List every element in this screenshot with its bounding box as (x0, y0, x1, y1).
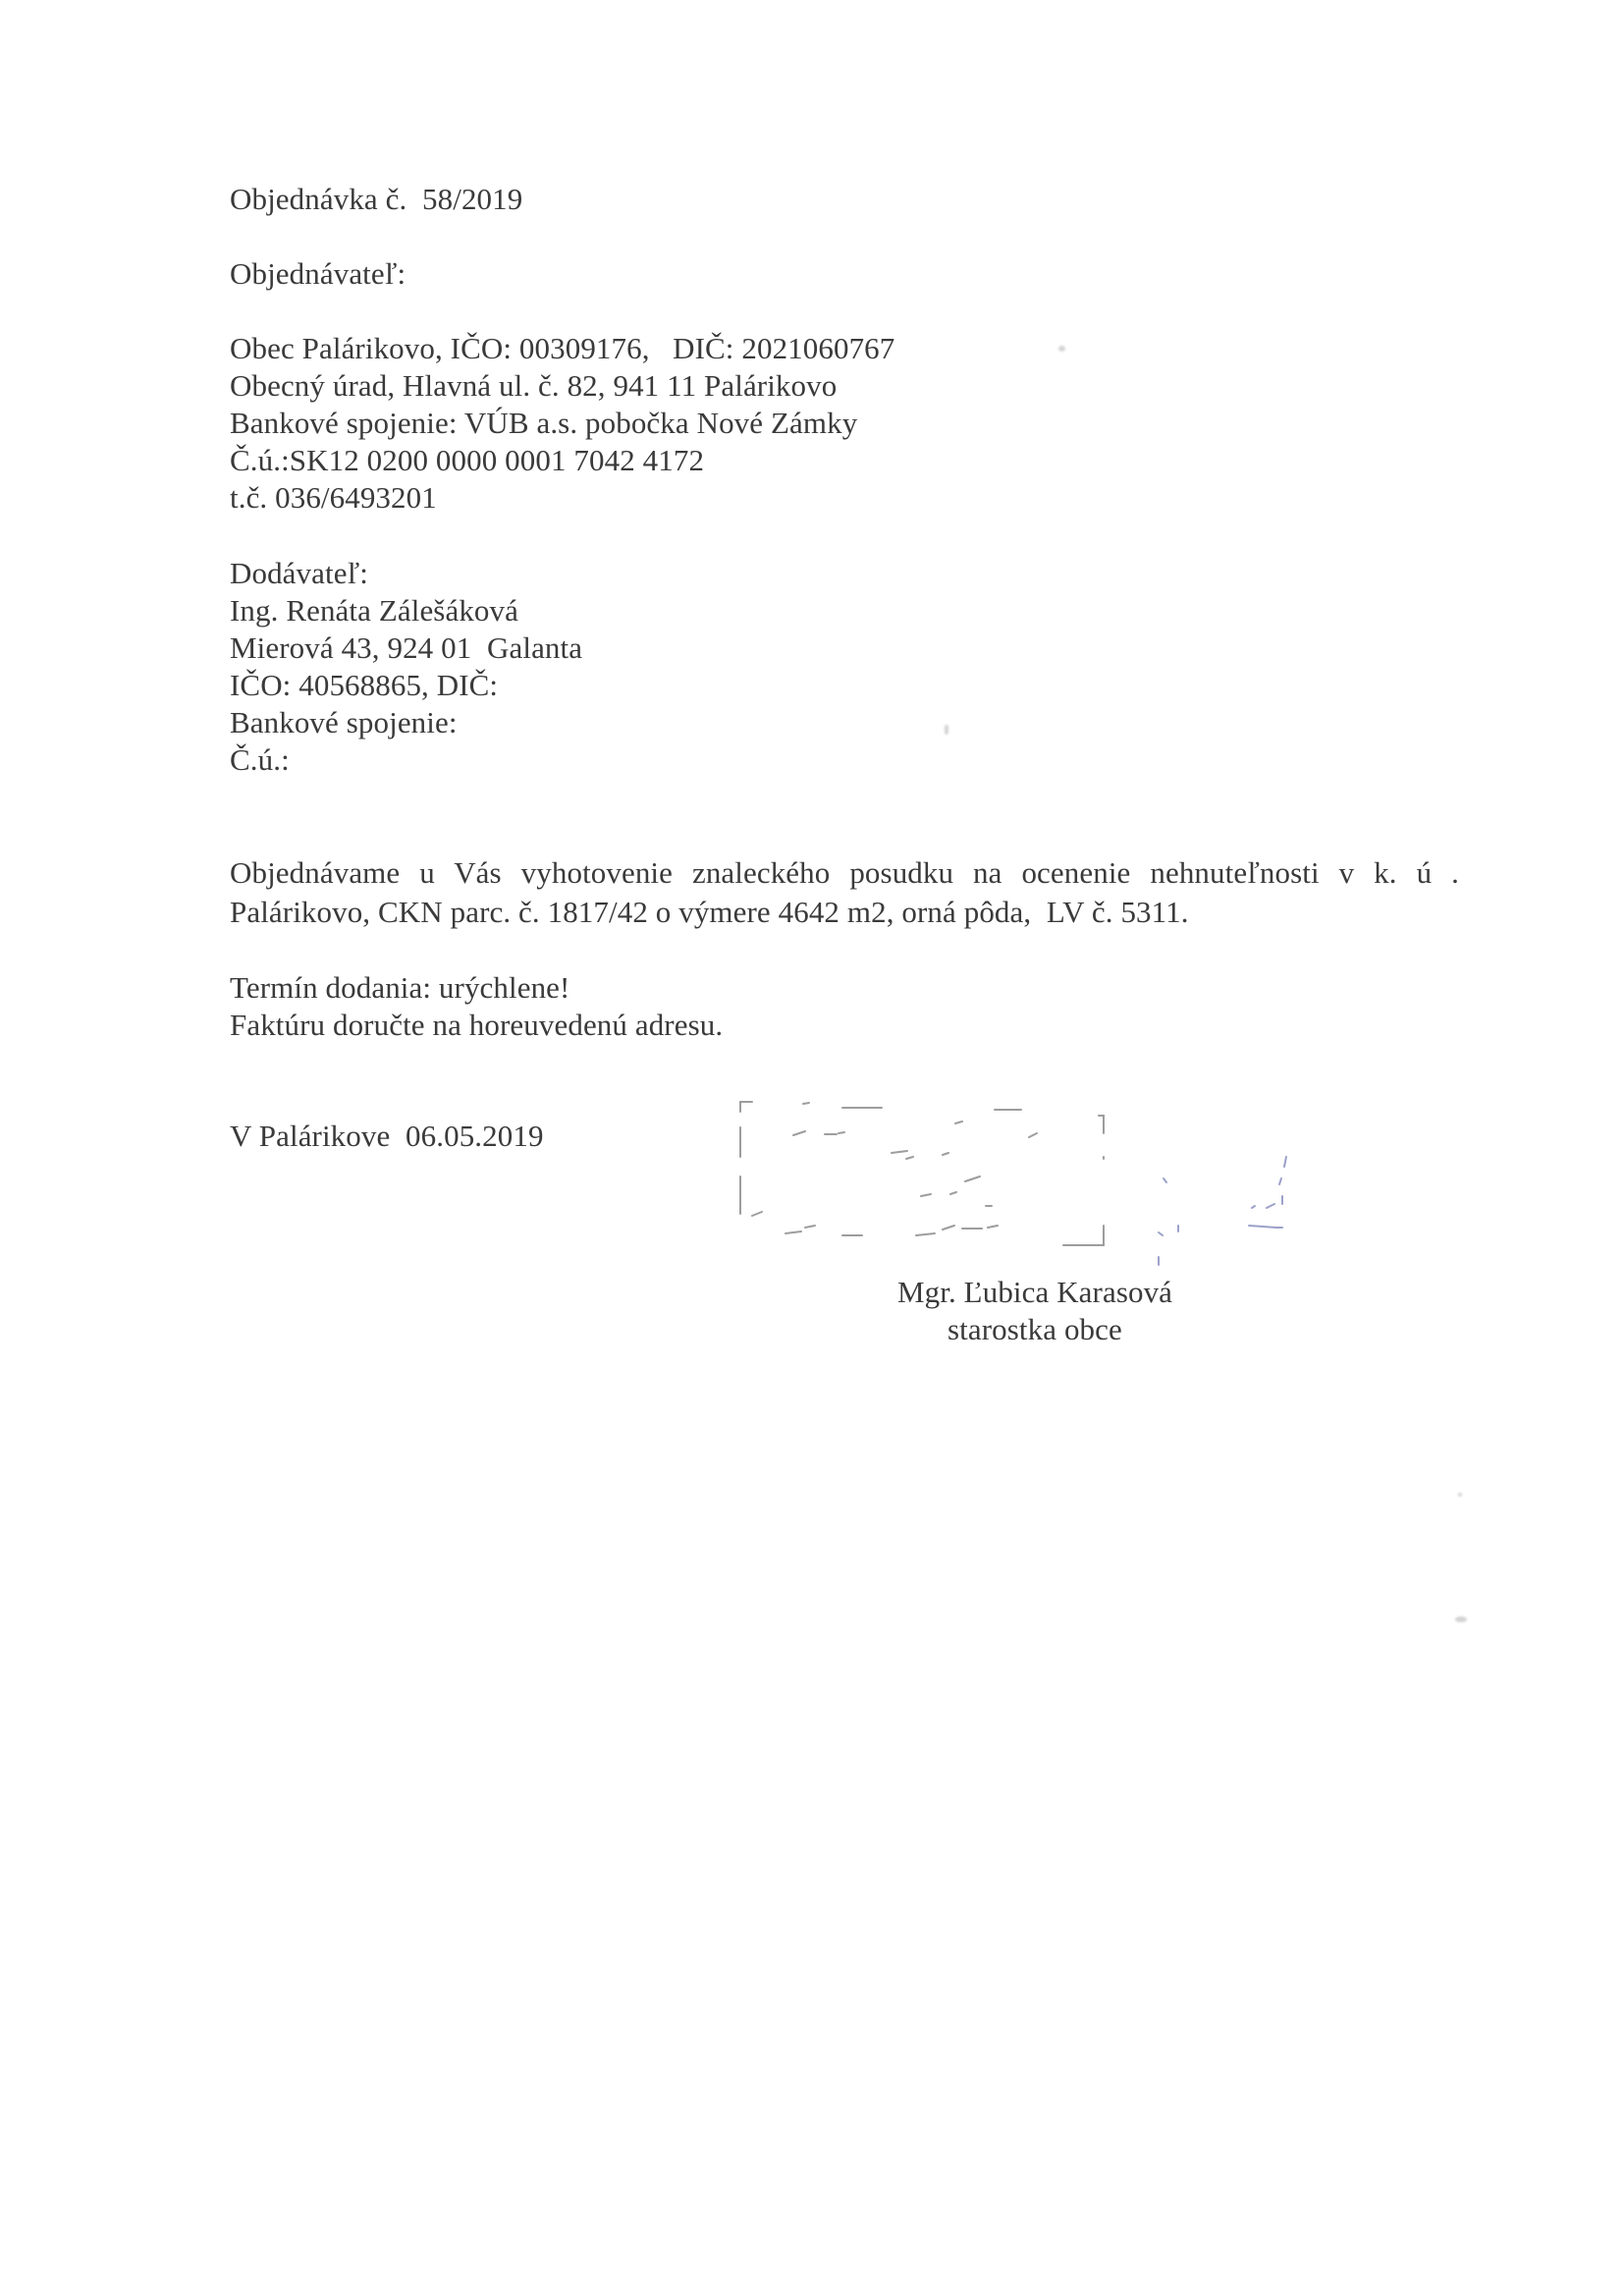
orderer-line: Č.ú.:SK12 0200 0000 0001 7042 4172 (230, 442, 704, 479)
supplier-line: Bankové spojenie: (230, 704, 458, 741)
supplier-line: Ing. Renáta Zálešáková (230, 592, 518, 629)
signatory-name: Mgr. Ľubica Karasová (897, 1274, 1172, 1311)
supplier-line: Č.ú.: (230, 741, 290, 779)
official-stamp (734, 1098, 1108, 1255)
document-page: Objednávka č. 58/2019 Objednávateľ: Obec… (0, 0, 1624, 2296)
paragraph-line: Palárikovo, CKN parc. č. 1817/42 o výmer… (230, 894, 1189, 931)
supplier-line: Mierová 43, 924 01 Galanta (230, 629, 582, 667)
scan-speck (1458, 1493, 1462, 1497)
signatory-role: starostka obce (947, 1311, 1122, 1348)
orderer-line: Obec Palárikovo, IČO: 00309176, DIČ: 202… (230, 330, 894, 367)
signature-icon (1139, 1149, 1296, 1267)
supplier-line: IČO: 40568865, DIČ: (230, 667, 498, 704)
signature-marks (1139, 1149, 1296, 1267)
orderer-line: Bankové spojenie: VÚB a.s. pobočka Nové … (230, 405, 857, 442)
order-title: Objednávka č. 58/2019 (230, 181, 522, 218)
orderer-heading: Objednávateľ: (230, 255, 406, 293)
invoice-note: Faktúru doručte na horeuvedenú adresu. (230, 1007, 723, 1044)
paragraph-line: Objednávame u Vás vyhotovenie znaleckého… (230, 854, 1459, 892)
stamp-icon (734, 1098, 1108, 1255)
scan-speck (945, 725, 948, 735)
supplier-heading: Dodávateľ: (230, 555, 368, 592)
delivery-term: Termín dodania: urýchlene! (230, 969, 569, 1007)
scan-speck (1058, 346, 1065, 352)
orderer-line: Obecný úrad, Hlavná ul. č. 82, 941 11 Pa… (230, 367, 837, 405)
place-date: V Palárikove 06.05.2019 (230, 1118, 544, 1155)
scan-speck (1455, 1616, 1467, 1622)
orderer-line: t.č. 036/6493201 (230, 479, 437, 517)
